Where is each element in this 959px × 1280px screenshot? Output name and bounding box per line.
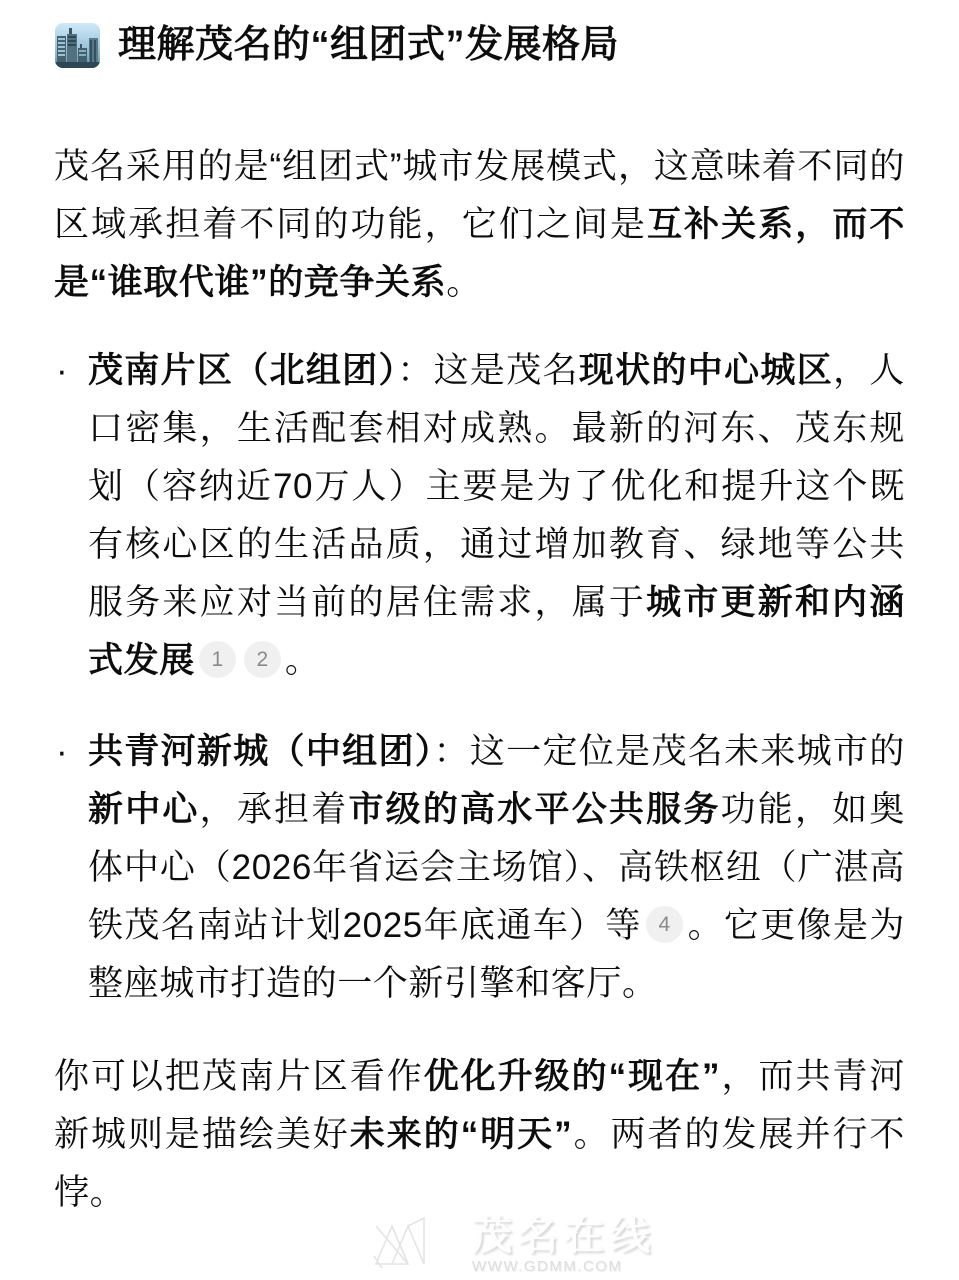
- list-item-maonan: 茂南片区（北组团）：这是茂名现状的中心城区，人口密集，生活配套相对成熟。最新的河…: [54, 342, 905, 690]
- page-title-text: 理解茂名的“组团式”发展格局: [118, 20, 619, 70]
- body-text: ，人口密集，生活配套相对成熟。最新的河东、茂东规划（容纳近70万人）主要是为了优…: [88, 351, 905, 622]
- page-title: 理解茂名的“组团式”发展格局: [54, 20, 905, 70]
- watermark: 茂名在线 WWW.GDMM.COM: [372, 1212, 656, 1279]
- emphasis-text: 市级的高水平公共服务: [348, 790, 720, 829]
- body-text: 。: [285, 641, 321, 680]
- emphasis-text: 新中心: [88, 790, 200, 829]
- cityscape-icon: [54, 22, 101, 69]
- emphasis-text: 未来的“明天”: [350, 1115, 572, 1154]
- conclusion-paragraph: 你可以把茂南片区看作优化升级的“现在”，而共青河新城则是描绘美好未来的“明天”。…: [54, 1048, 905, 1222]
- article-page: 理解茂名的“组团式”发展格局 茂名采用的是“组团式”城市发展模式，这意味着不同的…: [0, 0, 959, 1280]
- body-text: ：这是茂名: [397, 351, 579, 390]
- body-text: 。: [446, 263, 482, 302]
- citation-badge[interactable]: 1: [199, 641, 236, 678]
- watermark-site-name: 茂名在线: [472, 1216, 656, 1256]
- body-text: ：这一定位是茂名未来城市的: [434, 732, 905, 771]
- intro-paragraph: 茂名采用的是“组团式”城市发展模式，这意味着不同的区域承担着不同的功能，它们之间…: [54, 138, 905, 312]
- list-item-gongqinghe: 共青河新城（中组团）：这一定位是茂名未来城市的新中心，承担着市级的高水平公共服务…: [54, 723, 905, 1013]
- emphasis-text: 现状的中心城区: [579, 351, 833, 390]
- emphasis-text: 共青河新城（中组团）: [88, 732, 434, 771]
- citation-badge[interactable]: 2: [244, 641, 281, 678]
- emphasis-text: 优化升级的“现在”: [424, 1057, 720, 1096]
- body-text: ，承担着: [200, 790, 349, 829]
- watermark-url: WWW.GDMM.COM: [472, 1258, 656, 1275]
- body-text: 你可以把茂南片区看作: [54, 1057, 424, 1096]
- district-list: 茂南片区（北组团）：这是茂名现状的中心城区，人口密集，生活配套相对成熟。最新的河…: [54, 342, 905, 1013]
- watermark-logo-icon: [372, 1212, 460, 1279]
- citation-badge[interactable]: 4: [646, 906, 683, 943]
- watermark-text: 茂名在线 WWW.GDMM.COM: [472, 1216, 656, 1275]
- emphasis-text: 茂南片区（北组团）: [88, 351, 397, 390]
